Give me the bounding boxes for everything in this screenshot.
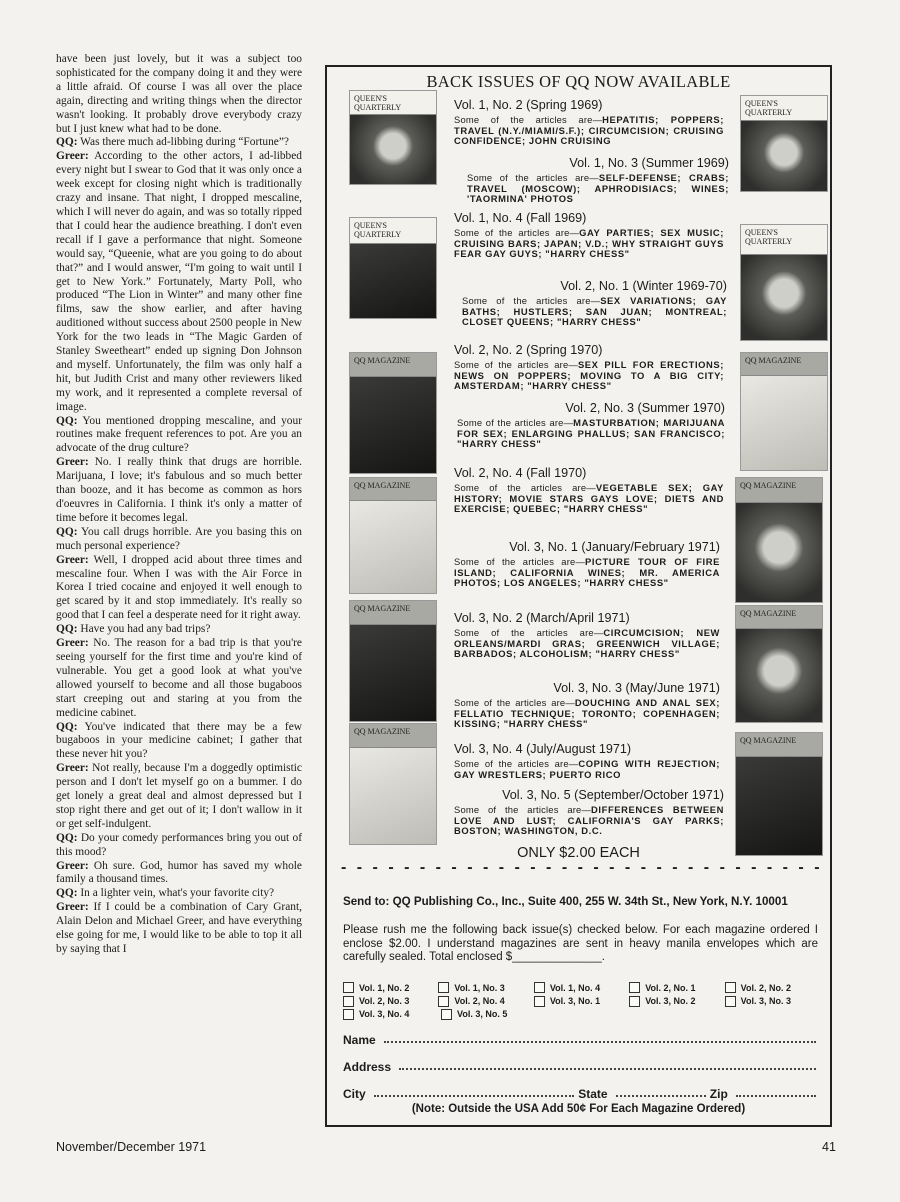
cover-image-vol3-no4: QQ MAGAZINE — [349, 723, 437, 845]
checkbox-box[interactable] — [629, 982, 640, 993]
international-note: (Note: Outside the USA Add 50¢ For Each … — [327, 1103, 830, 1115]
issue-articles: Some of the articles are—CIRCUMCISION; N… — [454, 628, 720, 660]
cover-masthead: QQ MAGAZINE — [736, 733, 822, 757]
speaker-label: Greer: — [56, 554, 89, 566]
speaker-label: QQ: — [56, 526, 78, 538]
article-paragraph: Greer: Well, I dropped acid about three … — [56, 554, 302, 624]
issue-heading: Vol. 2, No. 2 (Spring 1970) — [454, 342, 724, 358]
issue-articles: Some of the articles are—SEX VARIATIONS;… — [462, 296, 727, 328]
issue-articles: Some of the articles are—PICTURE TOUR OF… — [454, 557, 720, 589]
checkbox-box[interactable] — [534, 996, 545, 1007]
cover-masthead: QQ MAGAZINE — [736, 606, 822, 629]
city-input-line[interactable] — [374, 1087, 575, 1097]
cover-masthead: QUEEN'SQUARTERLY — [741, 225, 827, 255]
speaker-label: Greer: — [56, 150, 89, 162]
cover-image-vol3-no5: QQ MAGAZINE — [735, 732, 823, 856]
speaker-label: Greer: — [56, 456, 89, 468]
issue-entry: Vol. 3, No. 5 (September/October 1971) S… — [454, 787, 724, 837]
checkbox-box[interactable] — [441, 1009, 452, 1020]
issue-entry: Vol. 3, No. 4 (July/August 1971) Some of… — [454, 741, 720, 780]
cover-image-vol1-no2: QUEEN'SQUARTERLY — [349, 90, 437, 185]
issue-entry: Vol. 3, No. 2 (March/April 1971) Some of… — [454, 610, 720, 660]
address-field[interactable]: Address — [343, 1060, 820, 1074]
state-input-line[interactable] — [616, 1087, 706, 1097]
issue-heading: Vol. 3, No. 5 (September/October 1971) — [454, 787, 724, 803]
checkbox-vol3-no3[interactable]: Vol. 3, No. 3 — [725, 994, 820, 1007]
checkbox-vol1-no4[interactable]: Vol. 1, No. 4 — [534, 981, 629, 994]
issue-entry: Vol. 2, No. 4 (Fall 1970) Some of the ar… — [454, 465, 724, 515]
issue-date-footer: November/December 1971 — [56, 1140, 206, 1154]
checkbox-vol2-no4[interactable]: Vol. 2, No. 4 — [438, 994, 533, 1007]
speaker-label: Greer: — [56, 637, 89, 649]
checkbox-vol3-no4[interactable]: Vol. 3, No. 4 — [343, 1008, 441, 1021]
send-to-address: Send to: QQ Publishing Co., Inc., Suite … — [343, 895, 818, 909]
cover-image-vol2-no1: QUEEN'SQUARTERLY — [740, 224, 828, 341]
checkbox-vol1-no3[interactable]: Vol. 1, No. 3 — [438, 981, 533, 994]
issue-articles: Some of the articles are—VEGETABLE SEX; … — [454, 483, 724, 515]
speaker-label: QQ: — [56, 136, 78, 148]
cover-masthead: QQ MAGAZINE — [350, 601, 436, 625]
issue-checkbox-grid: Vol. 1, No. 2 Vol. 1, No. 3 Vol. 1, No. … — [343, 981, 820, 1021]
issue-heading: Vol. 1, No. 4 (Fall 1969) — [454, 210, 724, 226]
speaker-label: QQ: — [56, 832, 78, 844]
issue-heading: Vol. 3, No. 3 (May/June 1971) — [454, 680, 720, 696]
article-paragraph: QQ: In a lighter vein, what's your favor… — [56, 887, 302, 901]
cut-line-divider: - - - - - - - - - - - - - - - - - - - - … — [341, 859, 822, 877]
speaker-label: Greer: — [56, 901, 89, 913]
checkbox-box[interactable] — [343, 1009, 354, 1020]
cover-image-vol3-no2: QQ MAGAZINE — [349, 600, 437, 722]
issue-heading: Vol. 3, No. 4 (July/August 1971) — [454, 741, 720, 757]
order-instructions: Please rush me the following back issue(… — [343, 924, 818, 965]
cover-image-vol1-no3: QUEEN'SQUARTERLY — [740, 95, 828, 192]
checkbox-box[interactable] — [343, 996, 354, 1007]
checkbox-box[interactable] — [725, 982, 736, 993]
speaker-label: QQ: — [56, 415, 78, 427]
issue-entry: Vol. 1, No. 2 (Spring 1969) Some of the … — [454, 97, 724, 147]
article-paragraph: have been just lovely, but it was a subj… — [56, 53, 302, 136]
issue-articles: Some of the articles are—SEX PILL FOR ER… — [454, 360, 724, 392]
issue-heading: Vol. 2, No. 3 (Summer 1970) — [457, 400, 725, 416]
cover-masthead: QUEEN'SQUARTERLY — [741, 96, 827, 121]
issue-entry: Vol. 1, No. 4 (Fall 1969) Some of the ar… — [454, 210, 724, 260]
article-paragraph: QQ: Do your comedy performances bring yo… — [56, 832, 302, 860]
checkbox-box[interactable] — [438, 996, 449, 1007]
cover-masthead: QQ MAGAZINE — [741, 353, 827, 376]
issue-articles: Some of the articles are—DOUCHING AND AN… — [454, 698, 720, 730]
article-paragraph: Greer: Oh sure. God, humor has saved my … — [56, 860, 302, 888]
article-paragraph: QQ: Have you had any bad trips? — [56, 623, 302, 637]
issue-entry: Vol. 2, No. 3 (Summer 1970) Some of the … — [457, 400, 725, 450]
cover-masthead: QUEEN'SQUARTERLY — [350, 91, 436, 115]
ad-title: BACK ISSUES OF QQ NOW AVAILABLE — [327, 72, 830, 92]
issue-heading: Vol. 1, No. 3 (Summer 1969) — [467, 155, 729, 171]
issue-articles: Some of the articles are—GAY PARTIES; SE… — [454, 228, 724, 260]
zip-input-line[interactable] — [736, 1087, 816, 1097]
checkbox-box[interactable] — [725, 996, 736, 1007]
issue-entry: Vol. 3, No. 1 (January/February 1971) So… — [454, 539, 720, 589]
article-column: have been just lovely, but it was a subj… — [56, 53, 302, 957]
speaker-label: QQ: — [56, 721, 78, 733]
article-paragraph: Greer: No. The reason for a bad trip is … — [56, 637, 302, 720]
cover-masthead: QQ MAGAZINE — [350, 478, 436, 501]
speaker-label: Greer: — [56, 860, 89, 872]
issue-articles: Some of the articles are—MASTURBATION; M… — [457, 418, 725, 450]
cover-image-vol2-no3: QQ MAGAZINE — [740, 352, 828, 471]
speaker-label: QQ: — [56, 887, 78, 899]
issue-entry: Vol. 2, No. 1 (Winter 1969-70) Some of t… — [462, 278, 727, 328]
issue-articles: Some of the articles are—DIFFERENCES BET… — [454, 805, 724, 837]
cover-masthead: QQ MAGAZINE — [350, 724, 436, 748]
cover-image-vol2-no4: QQ MAGAZINE — [349, 477, 437, 594]
cover-masthead: QUEEN'SQUARTERLY — [350, 218, 436, 244]
cover-image-vol2-no2: QQ MAGAZINE — [349, 352, 437, 474]
checkbox-box[interactable] — [343, 982, 354, 993]
issue-heading: Vol. 2, No. 1 (Winter 1969-70) — [462, 278, 727, 294]
cover-image-vol3-no3: QQ MAGAZINE — [735, 605, 823, 723]
cover-masthead: QQ MAGAZINE — [350, 353, 436, 377]
checkbox-box[interactable] — [438, 982, 449, 993]
issue-entry: Vol. 3, No. 3 (May/June 1971) Some of th… — [454, 680, 720, 730]
article-paragraph: Greer: Not really, because I'm a doggedl… — [56, 762, 302, 832]
checkbox-vol3-no5[interactable]: Vol. 3, No. 5 — [441, 1008, 539, 1021]
address-input-line[interactable] — [399, 1060, 816, 1070]
issue-heading: Vol. 3, No. 2 (March/April 1971) — [454, 610, 720, 626]
checkbox-vol2-no2[interactable]: Vol. 2, No. 2 — [725, 981, 820, 994]
issue-entry: Vol. 2, No. 2 (Spring 1970) Some of the … — [454, 342, 724, 392]
article-paragraph: Greer: If I could be a combination of Ca… — [56, 901, 302, 957]
name-field[interactable]: Name — [343, 1033, 820, 1047]
issue-articles: Some of the articles are—HEPATITIS; POPP… — [454, 115, 724, 147]
issue-entry: Vol. 1, No. 3 (Summer 1969) Some of the … — [467, 155, 729, 205]
city-state-zip-field[interactable]: City State Zip — [343, 1087, 820, 1101]
checkbox-box[interactable] — [534, 982, 545, 993]
cover-image-vol1-no4: QUEEN'SQUARTERLY — [349, 217, 437, 319]
cover-masthead: QQ MAGAZINE — [736, 478, 822, 503]
checkbox-vol3-no2[interactable]: Vol. 3, No. 2 — [629, 994, 724, 1007]
article-paragraph: QQ: You call drugs horrible. Are you bas… — [56, 526, 302, 554]
issue-heading: Vol. 3, No. 1 (January/February 1971) — [454, 539, 720, 555]
issue-articles: Some of the articles are—COPING WITH REJ… — [454, 759, 720, 780]
issue-heading: Vol. 2, No. 4 (Fall 1970) — [454, 465, 724, 481]
page-number: 41 — [822, 1140, 836, 1154]
issue-heading: Vol. 1, No. 2 (Spring 1969) — [454, 97, 724, 113]
article-paragraph: QQ: You've indicated that there may be a… — [56, 721, 302, 763]
cover-image-vol3-no1: QQ MAGAZINE — [735, 477, 823, 603]
article-paragraph: QQ: You mentioned dropping mescaline, an… — [56, 415, 302, 457]
checkbox-vol1-no2[interactable]: Vol. 1, No. 2 — [343, 981, 438, 994]
checkbox-vol3-no1[interactable]: Vol. 3, No. 1 — [534, 994, 629, 1007]
back-issues-ad: BACK ISSUES OF QQ NOW AVAILABLE QUEEN'SQ… — [325, 65, 832, 1127]
checkbox-box[interactable] — [629, 996, 640, 1007]
article-paragraph: QQ: Was there much ad-libbing during “Fo… — [56, 136, 302, 150]
article-paragraph: Greer: No. I really think that drugs are… — [56, 456, 302, 526]
article-paragraph: Greer: According to the other actors, I … — [56, 150, 302, 414]
issue-articles: Some of the articles are—SELF-DEFENSE; C… — [467, 173, 729, 205]
checkbox-vol2-no3[interactable]: Vol. 2, No. 3 — [343, 994, 438, 1007]
speaker-label: Greer: — [56, 762, 89, 774]
speaker-label: QQ: — [56, 623, 78, 635]
name-input-line[interactable] — [384, 1033, 816, 1043]
checkbox-vol2-no1[interactable]: Vol. 2, No. 1 — [629, 981, 724, 994]
